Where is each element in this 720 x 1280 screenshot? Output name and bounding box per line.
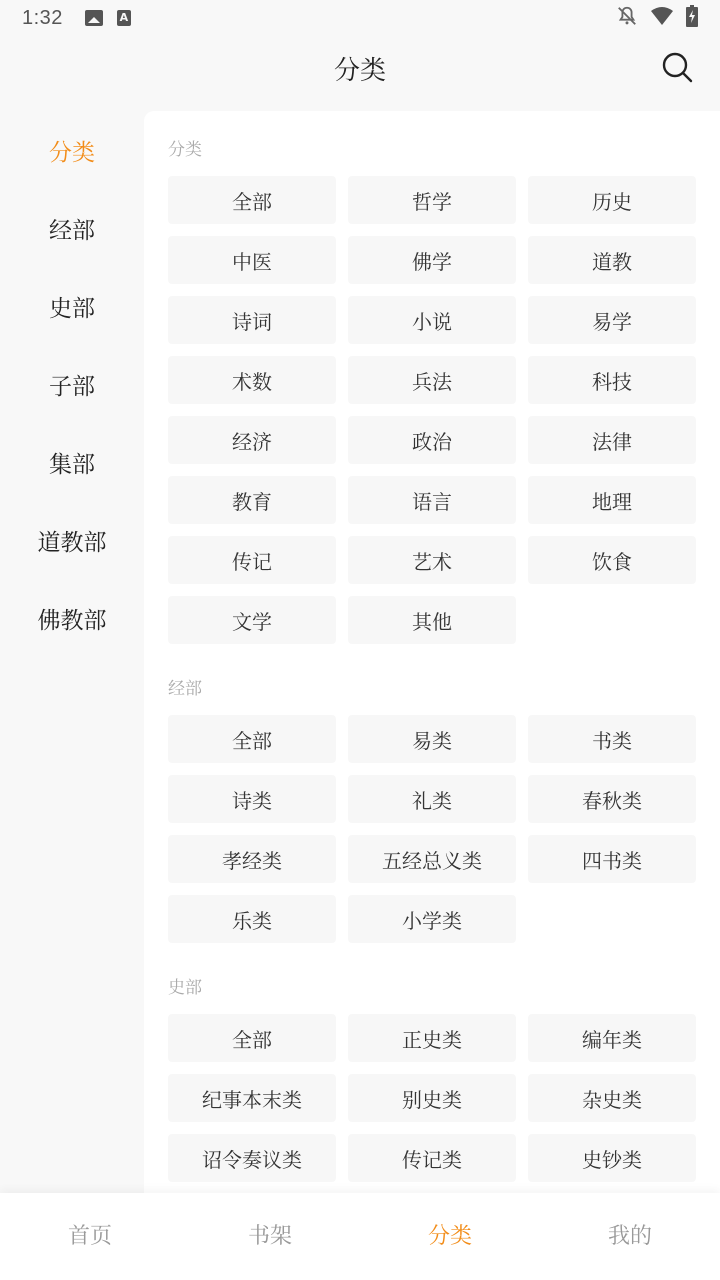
- category-chip[interactable]: 术数: [168, 356, 336, 404]
- category-chip[interactable]: 正史类: [348, 1014, 516, 1062]
- section-title: 经部: [168, 674, 696, 704]
- a-keyboard-icon: A: [117, 10, 131, 26]
- section-title: 分类: [168, 135, 696, 165]
- category-chip[interactable]: 诗词: [168, 296, 336, 344]
- category-chip[interactable]: 全部: [168, 176, 336, 224]
- category-chip[interactable]: 五经总义类: [348, 835, 516, 883]
- category-chip[interactable]: 孝经类: [168, 835, 336, 883]
- bottom-nav: 首页 书架 分类 我的: [0, 1193, 720, 1280]
- category-chip[interactable]: 编年类: [528, 1014, 696, 1062]
- status-left-icons: A: [85, 10, 131, 26]
- category-chip[interactable]: 别史类: [348, 1074, 516, 1122]
- category-chip[interactable]: 哲学: [348, 176, 516, 224]
- chip-grid: 全部 易类 书类 诗类 礼类 春秋类 孝经类 五经总义类 四书类 乐类 小学类: [168, 715, 696, 943]
- category-chip[interactable]: 佛学: [348, 236, 516, 284]
- sidebar-item-daojiaobu[interactable]: 道教部: [0, 501, 144, 579]
- category-chip[interactable]: 文学: [168, 596, 336, 644]
- category-chip[interactable]: 纪事本末类: [168, 1074, 336, 1122]
- category-chip[interactable]: 礼类: [348, 775, 516, 823]
- nav-tab-mine[interactable]: 我的: [540, 1193, 720, 1280]
- category-chip[interactable]: 史钞类: [528, 1134, 696, 1182]
- category-chip[interactable]: 历史: [528, 176, 696, 224]
- search-button[interactable]: [660, 52, 694, 86]
- sidebar-item-jingbu[interactable]: 经部: [0, 189, 144, 267]
- category-chip[interactable]: 诏令奏议类: [168, 1134, 336, 1182]
- category-chip[interactable]: 科技: [528, 356, 696, 404]
- battery-charging-icon: [686, 5, 698, 31]
- search-icon: [661, 51, 693, 87]
- category-chip[interactable]: 传记: [168, 536, 336, 584]
- category-chip[interactable]: 小学类: [348, 895, 516, 943]
- category-chip[interactable]: 地理: [528, 476, 696, 524]
- category-chip[interactable]: 道教: [528, 236, 696, 284]
- category-chip[interactable]: 政治: [348, 416, 516, 464]
- nav-tab-bookshelf[interactable]: 书架: [180, 1193, 360, 1280]
- category-chip[interactable]: 小说: [348, 296, 516, 344]
- wifi-icon: [650, 5, 674, 31]
- status-bar: 1:32 A: [0, 0, 720, 36]
- category-chip[interactable]: 杂史类: [528, 1074, 696, 1122]
- category-chip[interactable]: 春秋类: [528, 775, 696, 823]
- category-chip[interactable]: 全部: [168, 715, 336, 763]
- sidebar-item-category[interactable]: 分类: [0, 111, 144, 189]
- sidebar-item-zibu[interactable]: 子部: [0, 345, 144, 423]
- category-chip[interactable]: 其他: [348, 596, 516, 644]
- category-chip[interactable]: 诗类: [168, 775, 336, 823]
- nav-tab-home[interactable]: 首页: [0, 1193, 180, 1280]
- category-chip[interactable]: 易类: [348, 715, 516, 763]
- category-sidebar: 分类 经部 史部 子部 集部 道教部 佛教部: [0, 111, 144, 1193]
- page-title: 分类: [334, 50, 386, 87]
- category-content-panel[interactable]: 分类 全部 哲学 历史 中医 佛学 道教 诗词 小说 易学 术数 兵法 科技 经…: [144, 111, 720, 1193]
- screen: 1:32 A 分类 分类 经部 史部 子部: [0, 0, 720, 1280]
- bell-off-icon: [616, 5, 638, 31]
- image-icon: [85, 10, 103, 26]
- sidebar-item-shibu[interactable]: 史部: [0, 267, 144, 345]
- category-chip[interactable]: 易学: [528, 296, 696, 344]
- category-chip[interactable]: 教育: [168, 476, 336, 524]
- chip-grid: 全部 哲学 历史 中医 佛学 道教 诗词 小说 易学 术数 兵法 科技 经济 政…: [168, 176, 696, 644]
- chip-grid: 全部 正史类 编年类 纪事本末类 别史类 杂史类 诏令奏议类 传记类 史钞类: [168, 1014, 696, 1193]
- category-chip[interactable]: 艺术: [348, 536, 516, 584]
- category-chip[interactable]: 法律: [528, 416, 696, 464]
- category-chip[interactable]: 中医: [168, 236, 336, 284]
- sidebar-item-fojiaobu[interactable]: 佛教部: [0, 579, 144, 657]
- category-chip[interactable]: 兵法: [348, 356, 516, 404]
- section-title: 史部: [168, 973, 696, 1003]
- category-chip[interactable]: 传记类: [348, 1134, 516, 1182]
- category-chip[interactable]: 四书类: [528, 835, 696, 883]
- category-chip[interactable]: 乐类: [168, 895, 336, 943]
- category-chip[interactable]: 全部: [168, 1014, 336, 1062]
- status-time: 1:32: [22, 7, 63, 30]
- category-chip[interactable]: 经济: [168, 416, 336, 464]
- app-header: 分类: [0, 36, 720, 100]
- sidebar-item-jibu[interactable]: 集部: [0, 423, 144, 501]
- category-chip[interactable]: 语言: [348, 476, 516, 524]
- status-right-icons: [616, 5, 698, 31]
- nav-tab-category[interactable]: 分类: [360, 1193, 540, 1280]
- category-chip[interactable]: 书类: [528, 715, 696, 763]
- category-chip[interactable]: 饮食: [528, 536, 696, 584]
